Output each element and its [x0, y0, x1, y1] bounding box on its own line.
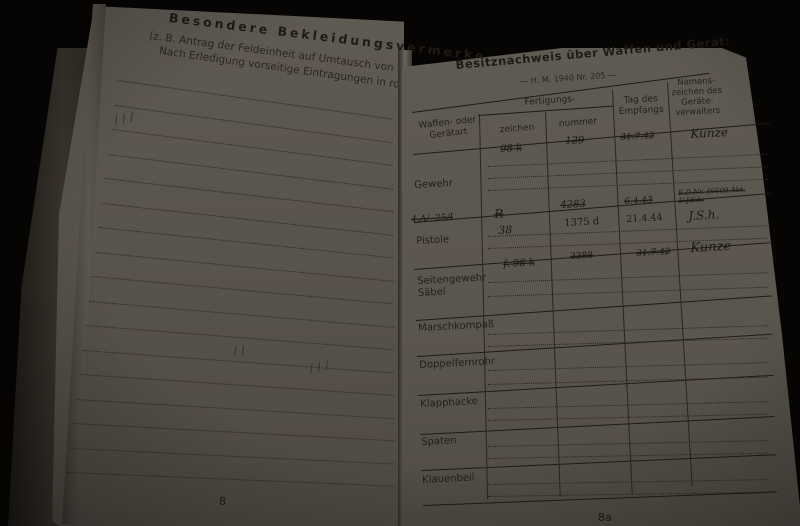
entry-gewehr-date: 31.7.42: [620, 131, 655, 143]
col-header-date: Tag des Empfangs: [611, 93, 670, 118]
entry-gewehr-number: 129: [565, 135, 585, 147]
right-page-number: 8a: [598, 511, 612, 524]
row-label-spaten: Spaten: [421, 435, 457, 449]
entry-bayonet-date: 31.7.42: [636, 247, 671, 259]
entry-pistol-1-number: 4283: [560, 199, 586, 211]
col-header-signature: Namens- zeichen des Geräte- verwalters: [667, 76, 727, 119]
left-page-number: 8: [219, 495, 226, 508]
entry-bayonet-number: 3388: [570, 251, 593, 262]
entry-pistol-1-date: 6.4.43: [624, 196, 653, 207]
row-label-pistole: Pistole: [416, 234, 449, 248]
row-label-seitengewehr: Seitengewehr Säbel: [417, 272, 488, 300]
entry-gewehr-signature: Kunze: [690, 125, 728, 141]
entry-pistol-1-mark: R: [494, 207, 504, 221]
entry-pistol-2-signature: J.S.h.: [688, 207, 720, 223]
open-paybook: Besondere Bekleidungsvermerke (z. B. Ant…: [0, 0, 800, 526]
pencil-mark: / /: [232, 343, 246, 359]
entry-bayonet-signature: Kunze: [690, 239, 731, 256]
entry-pistol-2-number: 1375 d: [564, 216, 600, 229]
entry-pistol-2-mark: 38: [498, 223, 513, 237]
entry-bayonet-mark: f. 98 k: [503, 257, 535, 270]
row-label-gewehr: Gewehr: [414, 178, 453, 192]
entry-gewehr-mark: 98 k: [500, 143, 523, 155]
entry-pistol-2-date: 21.4.44: [626, 212, 663, 225]
